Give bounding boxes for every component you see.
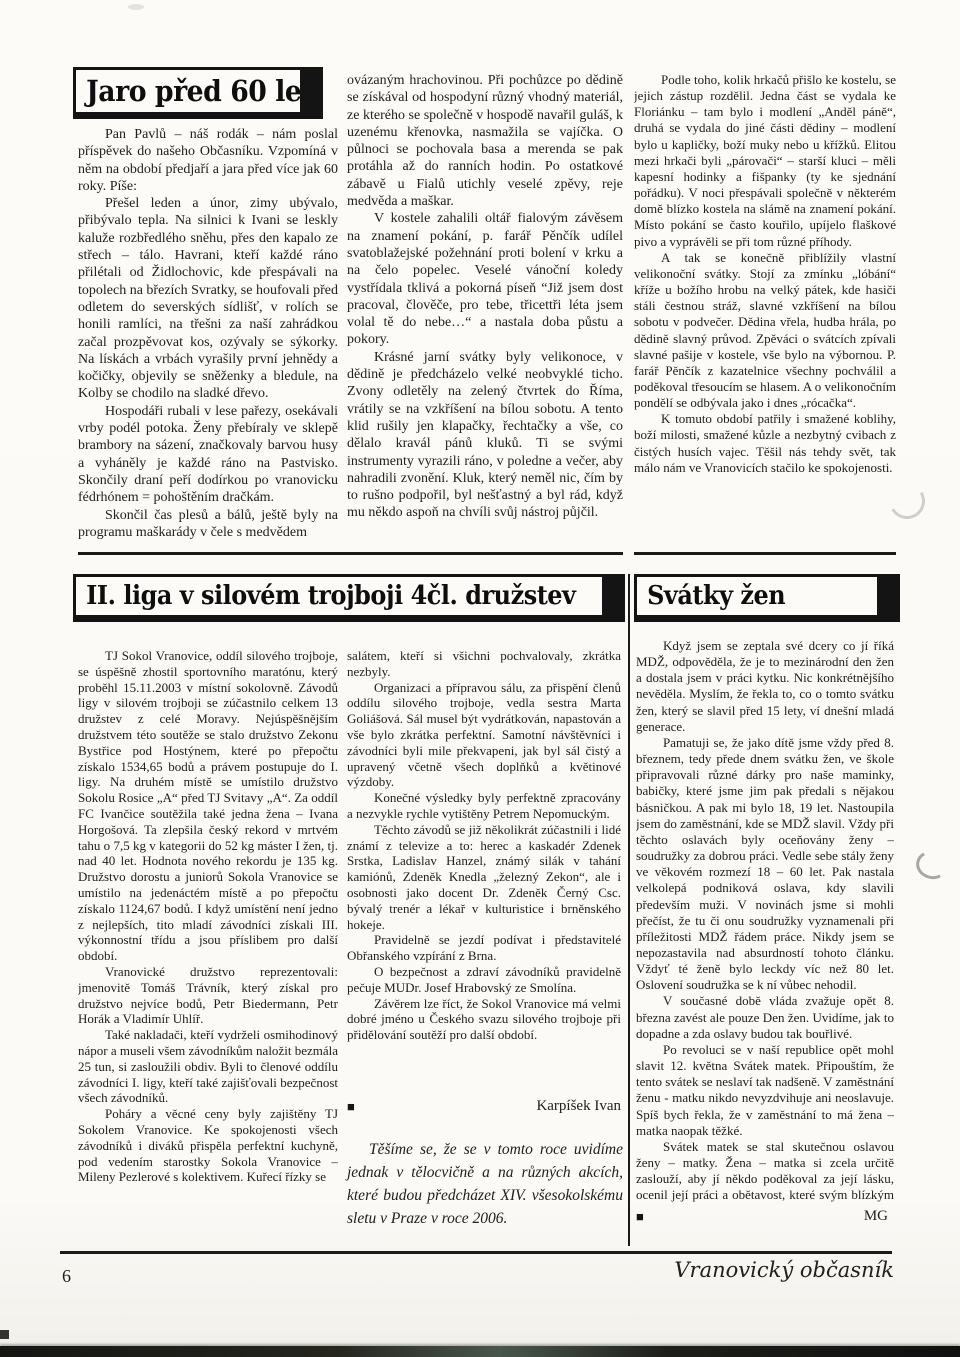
paragraph: Těchto závodů se již několikrát zúčastni… — [347, 822, 621, 933]
paragraph: Vranovické družstvo reprezentovali: jmen… — [78, 964, 338, 1027]
paragraph: Když jsem se zeptala své dcery co jí řík… — [636, 638, 894, 735]
paragraph: Podle toho, kolik hrkačů přišlo ke koste… — [634, 72, 896, 250]
headline-svatky: Svátky žen — [637, 581, 785, 611]
headline-end-block — [602, 577, 622, 615]
headline-liga: II. liga v silovém trojboji 4čl. družste… — [76, 581, 576, 611]
paragraph: TJ Sokol Vranovice, oddíl silového trojb… — [78, 648, 338, 964]
section-divider-rule-right — [634, 552, 896, 555]
paragraph: Také nakladači, kteří vydrželi osmihodin… — [78, 1027, 338, 1106]
paragraph: Přešel leden a únor, zimy ubývalo, přibý… — [78, 195, 338, 403]
newsletter-page: Jaro před 60 lety Pan Pavlů – náš rodák … — [0, 0, 960, 1357]
article-svatky-column: Když jsem se zeptala své dcery co jí řík… — [636, 638, 894, 1204]
paragraph: Skončil čas plesů a bálů, ještě byly na … — [78, 507, 338, 542]
paragraph: Pamatuji se, že jako dítě jsme vždy před… — [636, 735, 894, 994]
footer-rule — [60, 1251, 892, 1254]
paragraph: V současné době vláda zvažuje opět 8. bř… — [636, 993, 894, 1041]
paragraph: Organizaci a přípravou sálu, za přispění… — [347, 680, 621, 791]
closing-paragraph: Těšíme se, že se v tomto roce uvidíme je… — [347, 1138, 623, 1230]
headline-end-block — [300, 70, 320, 112]
headline-end-block — [877, 577, 897, 615]
article-liga-column-2: salátem, kteří si všichni pochvalovaly, … — [347, 648, 621, 1096]
headline-jaro: Jaro před 60 lety — [76, 74, 323, 108]
scan-smudge — [128, 4, 144, 10]
article-svatky-signature: ■ MG — [636, 1208, 888, 1225]
headline-box-liga: II. liga v silovém trojboji 4čl. družste… — [73, 574, 625, 622]
paragraph: Krásné jarní svátky byly velikonoce, v d… — [347, 349, 623, 522]
paragraph: Poháry a věcné ceny byly zajištěny TJ So… — [78, 1106, 338, 1185]
paragraph: Konečné výsledky byly perfektně zpracová… — [347, 790, 621, 822]
article-svatky-author: MG — [864, 1208, 888, 1225]
article-jaro-column-1: Pan Pavlů – náš rodák – nám poslal přísp… — [78, 126, 338, 560]
article-liga-signature: ■ Karpíšek Ivan — [347, 1098, 621, 1115]
article-liga-closing: Těšíme se, že se v tomto roce uvidíme je… — [347, 1138, 623, 1230]
paragraph: V kostele zahalili oltář fialovým závěse… — [347, 210, 623, 348]
paragraph: O bezpečnost a zdraví závodníků pravidel… — [347, 964, 621, 996]
scan-edge-band — [0, 1346, 960, 1357]
headline-box-svatky: Svátky žen — [634, 574, 900, 622]
article-liga-author: Karpíšek Ivan — [536, 1098, 621, 1115]
end-mark-icon: ■ — [636, 1210, 644, 1223]
paragraph: Po revoluci se v naší republice opět moh… — [636, 1042, 894, 1139]
paragraph: Svátek matek se stal skutečnou oslavou ž… — [636, 1139, 894, 1204]
headline-box-jaro: Jaro před 60 lety — [73, 67, 323, 119]
paragraph: Pan Pavlů – náš rodák – nám poslal přísp… — [78, 126, 338, 195]
end-mark-icon: ■ — [347, 1100, 355, 1113]
page-number: 6 — [62, 1266, 71, 1287]
article-jaro-column-3: Podle toho, kolik hrkačů přišlo ke koste… — [634, 72, 896, 558]
article-jaro-column-2: ovázaným hrachovinou. Při pochůzce po dě… — [347, 72, 623, 562]
paragraph: Pravidelně se jezdí podívat i představit… — [347, 932, 621, 964]
section-divider-rule-left — [78, 552, 623, 555]
page-curl-artifact — [913, 847, 951, 882]
paragraph: Hospodáři rubali v lese pařezy, osekával… — [78, 403, 338, 507]
column-divider-vertical — [628, 574, 630, 1246]
paragraph: Závěrem lze říct, že Sokol Vranovice má … — [347, 996, 621, 1043]
paragraph: A tak se konečně přiblížily vlastní veli… — [634, 250, 896, 412]
paragraph: K tomuto období patřily i smažené koblih… — [634, 411, 896, 476]
article-liga-column-1: TJ Sokol Vranovice, oddíl silového trojb… — [78, 648, 338, 1248]
publication-title: Vranovický občasník — [560, 1258, 894, 1282]
paragraph: salátem, kteří si všichni pochvalovaly, … — [347, 648, 621, 680]
scan-corner-mark — [0, 1330, 9, 1339]
paragraph: ovázaným hrachovinou. Při pochůzce po dě… — [347, 72, 623, 210]
